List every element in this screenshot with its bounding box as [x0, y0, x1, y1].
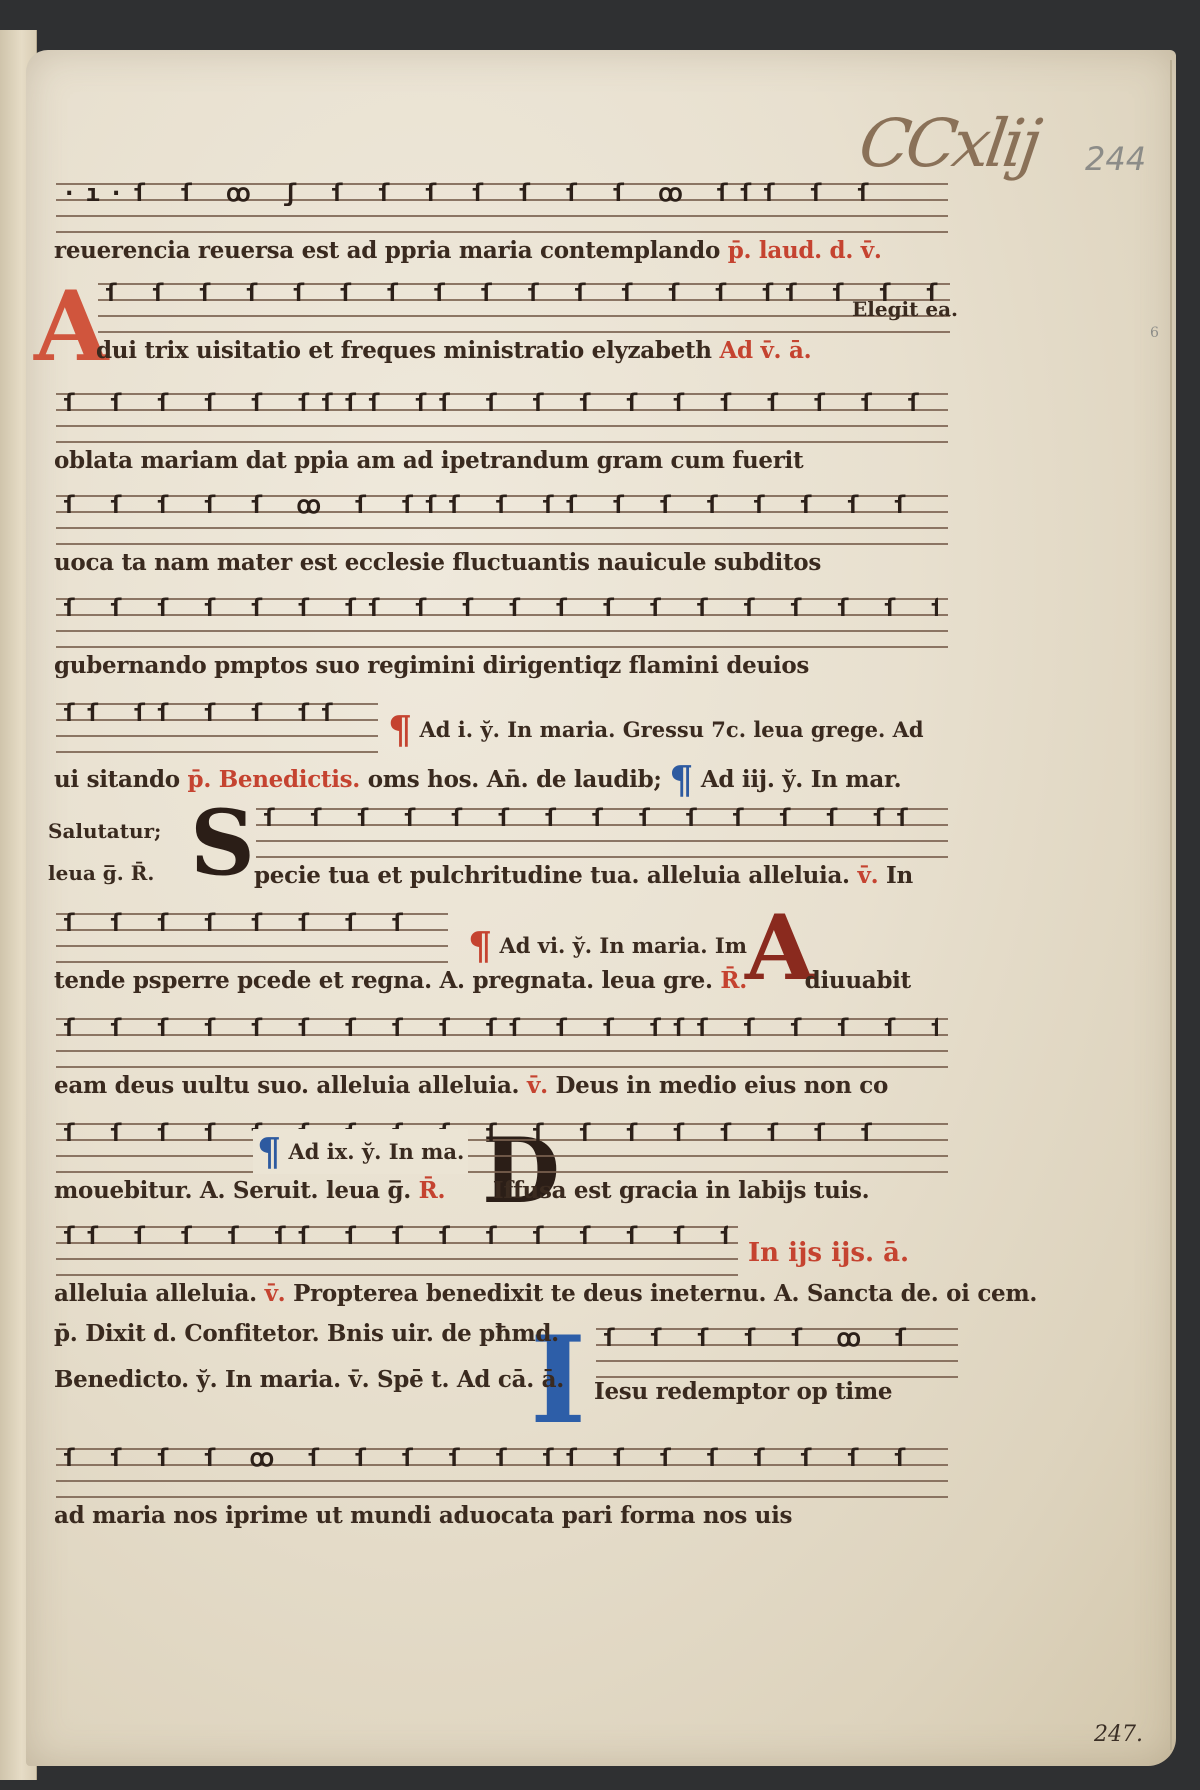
text-line: Iesu redemptor op time: [588, 1378, 958, 1416]
music-system-4: ſ ſ ſ ſ ſ ꝏ ſ ſſſ ſ ſſ ſ ſ ſ ſ ſ ſ ſ ſ ſ…: [48, 487, 948, 587]
cue-text: Ad i. y̆. In maria. Gressu 7c. leua greg…: [420, 717, 924, 742]
lyric-text: oms hos. An̄. de laudib;: [368, 766, 662, 793]
rubric-cue-red: ¶ Ad vi. y̆. In maria. Im: [468, 923, 747, 968]
staff: ſ ſ ſ ſ ſ ſ ſſ ſ ſ ſ ſ ſ ſ ſ ſ ſ ſ ſ ſ ſ…: [48, 590, 948, 652]
music-system-2: ſ ſ ſ ſ ſ ſ ſ ſ ſ ſ ſ ſ ſ ſ ſſ ſ ſ ſ ſ ſ…: [90, 275, 950, 375]
lyric-text: p̄. Dixit d. Confitetor. Bnis uir. de pħ…: [54, 1320, 559, 1347]
text-line: tende psperre pcede et regna. A. pregnat…: [48, 967, 948, 1005]
neumes: ſ ſ ſ ſ ſ ꝏ ſ ſſſ ſ ſſ ſ ſ ſ ſ ſ ſ ſ ſ ſ: [62, 491, 938, 519]
page-fore-edge: [1170, 60, 1172, 1750]
lyric-text: diuuabit: [805, 967, 911, 994]
staff: ſ ſ ſ ſ ſ ſſſſ ſſ ſ ſ ſ ſ ſ ſ ſ ſ ſ ſ ſ: [48, 385, 948, 447]
music-system-9: ſ ſ ſ ſ ſ ſ ſ ſ ſ ſſ ſ ſ ſſſ ſ ſ ſ ſ ſ ſ…: [48, 1010, 948, 1110]
lyric-text: eam deus uultu suo. alleluia alleluia.: [54, 1072, 519, 1099]
music-system-1: ·ı·ſ ſ ꝏ ʃ ſ ſ ſ ſ ſ ſ ſ ꝏ ſſſ ſ ſ reuer…: [48, 175, 948, 275]
neumes: ſ ſ ſ ſ ſ ſ ſ ſ ſ ſ ſ: [62, 909, 438, 937]
music-system-8: ſ ſ ſ ſ ſ ſ ſ ſ ſ ſ ſ ¶ Ad vi. y̆. In ma…: [48, 905, 948, 1005]
text-line: gubernando pmptos suo regimini dirigenti…: [48, 652, 948, 690]
neumes: ſſ ſ ſ ſ ſſ ſ ſ ſ ſ ſ ſ ſ ſ ſ ſ ſ ſ ſ ſ …: [62, 1222, 728, 1250]
rubric-cue-blue: ¶ Ad ix. y̆. In ma.: [253, 1129, 468, 1174]
pilcrow-red-icon: ¶: [388, 707, 412, 752]
neumes: ſ ſ ſ ſ ſ ſ ſ ſ ſ ſ ſ ſ ſ ſſ ſ ſ ſ ſ ſ ſ…: [262, 804, 938, 832]
music-system-6: ſſ ſſ ſ ſ ſſ ſ ſ ſ ¶ Ad i. y̆. In maria.…: [48, 695, 948, 795]
rubric-block: p̄. Dixit d. Confitetor. Bnis uir. de pħ…: [48, 1320, 948, 1404]
text-line: dui trix uisitatio et freques ministrati…: [90, 337, 950, 375]
music-system-3: ſ ſ ſ ſ ſ ſſſſ ſſ ſ ſ ſ ſ ſ ſ ſ ſ ſ ſ ſ …: [48, 385, 948, 485]
lyric-text: tende psperre pcede et regna. A. pregnat…: [54, 967, 713, 994]
pencil-folio-number: 244: [1085, 140, 1146, 178]
pilcrow-blue-icon: ¶: [257, 1129, 281, 1174]
folio-number-roman: CCxlij: [855, 105, 1043, 182]
neumes: ſ ſ ſ ſ ſ ſſſſ ſſ ſ ſ ſ ſ ſ ſ ſ ſ ſ ſ ſ: [62, 389, 938, 417]
neumes: ſ ſ ſ ſ ſ ꝏ ſ: [602, 1324, 948, 1352]
staff: ſ ſ ſ ſ ſ ꝏ ſ: [588, 1320, 958, 1382]
text-line: reuerencia reuersa est ad ppria maria co…: [48, 237, 948, 275]
music-system-11: ſſ ſ ſ ſ ſſ ſ ſ ſ ſ ſ ſ ſ ſ ſ ſ ſ ſ ſ ſ …: [48, 1218, 948, 1318]
text-line: pecie tua et pulchritudine tua. alleluia…: [248, 862, 948, 900]
cue-text: Ad vi. y̆. In maria. Im: [500, 933, 747, 958]
rubric: R̄.: [419, 1177, 446, 1204]
neumes: ſ ſ ſ ſ ſ ſ ſ ſ ſ ſſ ſ ſ ſſſ ſ ſ ſ ſ ſ ſ…: [62, 1014, 938, 1042]
staff: ſſ ſſ ſ ſ ſſ ſ ſ ſ: [48, 695, 378, 757]
lyric-text: reuerencia reuersa est ad ppria maria co…: [54, 237, 720, 264]
neumes: ſ ſ ſ ſ ꝏ ſ ſ ſ ſ ſ ſſ ſ ſ ſ ſ ſ ſ ſ ſ: [62, 1444, 938, 1472]
margin-rubric: Salutatur; leua g̅. R̄.: [48, 810, 188, 894]
staff: ·ı·ſ ſ ꝏ ʃ ſ ſ ſ ſ ſ ſ ſ ꝏ ſſſ ſ ſ: [48, 175, 948, 237]
neumes: ſſ ſſ ſ ſ ſſ ſ ſ ſ: [62, 699, 368, 727]
lyric-text: gubernando pmptos suo regimini dirigenti…: [54, 652, 809, 679]
cue-text: Ad iij. y̆. In mar.: [701, 766, 901, 793]
neumes: ſ ſ ſ ſ ſ ſ ſ ſ ſ ſ ſ ſ ſ ſ ſſ ſ ſ ſ ſ ſ: [104, 279, 940, 307]
neumes: ſ ſ ſ ſ ſ ſ ſ ſ ſ ſ ſ ſ ſ ſ ſ ſ ſ ſ: [62, 1119, 938, 1147]
staff: ſ ſ ſ ſ ſ ſ ſ ſ ſ ſ ſ ſ ſ ſ ſſ ſ ſ ſ ſ ſ…: [90, 275, 950, 337]
text-line: ad maria nos iprime ut mundi aduocata pa…: [48, 1502, 948, 1540]
lyric-text: ui sitando: [54, 766, 180, 793]
rubric: v̄.: [858, 862, 879, 889]
rubric: v̄.: [265, 1280, 286, 1307]
stamp-page-number: 247.: [1094, 1722, 1143, 1747]
lyric-text: oblata mariam dat ppia am ad ipetrandum …: [54, 447, 803, 474]
music-system-10: ſ ſ ſ ſ ſ ſ ſ ſ ſ ſ ſ ſ ſ ſ ſ ſ ſ ſ ¶ Ad…: [48, 1115, 948, 1215]
rubric: Ad v̄. ā.: [719, 337, 811, 364]
rubric-in-ijs: In ijs ijs. ā.: [748, 1238, 909, 1268]
lyric-text: Deus in medio eius non co: [556, 1072, 889, 1099]
staff: ſſ ſ ſ ſ ſſ ſ ſ ſ ſ ſ ſ ſ ſ ſ ſ ſ ſ ſ ſ …: [48, 1218, 738, 1280]
pilcrow-red-icon: ¶: [468, 923, 492, 968]
rubric: p̄. laud. d. v̄.: [728, 237, 882, 264]
text-line: ui sitando p̄. Benedictis. oms hos. An̄.…: [48, 757, 948, 795]
text-line: alleluia alleluia. v̄. Propterea benedix…: [48, 1280, 948, 1318]
staff: ſ ſ ſ ſ ſ ſ ſ ſ ſ ſ ſ: [48, 905, 448, 967]
lyric-text: Propterea benedixit te deus ineternu. A.…: [293, 1280, 1037, 1307]
rubric: v̄.: [527, 1072, 548, 1099]
lyric-text: dui trix uisitatio et freques ministrati…: [96, 337, 712, 364]
neumes: ſ ſ ſ ſ ſ ſ ſſ ſ ſ ſ ſ ſ ſ ſ ſ ſ ſ ſ ſ ſ…: [62, 594, 938, 622]
lyric-text: mouebitur. A. Seruit. leua g̅.: [54, 1177, 411, 1204]
lyric-text: Iffusa est gracia in labijs tuis.: [493, 1177, 869, 1204]
staff: ſ ſ ſ ſ ſ ſ ſ ſ ſ ſ ſ ſ ſ ſ ſ ſ ſ ſ: [48, 1115, 948, 1177]
staff: ſ ſ ſ ſ ſ ſ ſ ſ ſ ſ ſ ſ ſ ſſ ſ ſ ſ ſ ſ ſ…: [248, 800, 948, 862]
rubric: p̄. Benedictis.: [188, 766, 360, 793]
music-system-5: ſ ſ ſ ſ ſ ſ ſſ ſ ſ ſ ſ ſ ſ ſ ſ ſ ſ ſ ſ ſ…: [48, 590, 948, 690]
staff: ſ ſ ſ ſ ſ ꝏ ſ ſſſ ſ ſſ ſ ſ ſ ſ ſ ſ ſ ſ ſ: [48, 487, 948, 549]
staff: ſ ſ ſ ſ ſ ſ ſ ſ ſ ſſ ſ ſ ſſſ ſ ſ ſ ſ ſ ſ…: [48, 1010, 948, 1072]
neumes: ·ı·ſ ſ ꝏ ʃ ſ ſ ſ ſ ſ ſ ſ ꝏ ſſſ ſ ſ: [62, 179, 938, 207]
hymn-staff-iesu: ſ ſ ſ ſ ſ ꝏ ſ Iesu redemptor op time: [588, 1320, 958, 1416]
text-line: uoca ta nam mater est ecclesie fluctuant…: [48, 549, 948, 587]
cue-text: Ad ix. y̆. In ma.: [289, 1139, 465, 1164]
rubric: R̄.: [720, 967, 747, 994]
lyric-text: In: [886, 862, 913, 889]
lyric-text: uoca ta nam mater est ecclesie fluctuant…: [54, 549, 821, 576]
text-line: mouebitur. A. Seruit. leua g̅. R̄. Iffus…: [48, 1177, 948, 1215]
lyric-text: ad maria nos iprime ut mundi aduocata pa…: [54, 1502, 792, 1529]
incipit-elegit: Elegit ea.: [852, 297, 958, 321]
music-system-7: Salutatur; leua g̅. R̄. ſ ſ ſ ſ ſ ſ ſ ſ …: [48, 800, 948, 900]
text-line: eam deus uultu suo. alleluia alleluia. v…: [48, 1072, 948, 1110]
rubric-cue-red: ¶ Ad i. y̆. In maria. Gressu 7c. leua gr…: [388, 707, 924, 752]
margin-mark: 6: [1150, 325, 1159, 341]
staff: ſ ſ ſ ſ ꝏ ſ ſ ſ ſ ſ ſſ ſ ſ ſ ſ ſ ſ ſ ſ: [48, 1440, 948, 1502]
lyric-text: Iesu redemptor op time: [594, 1378, 892, 1405]
text-line: oblata mariam dat ppia am ad ipetrandum …: [48, 447, 948, 485]
music-system-12: ſ ſ ſ ſ ꝏ ſ ſ ſ ſ ſ ſſ ſ ſ ſ ſ ſ ſ ſ ſ a…: [48, 1440, 948, 1540]
pilcrow-blue-icon: ¶: [669, 757, 693, 802]
lyric-text: alleluia alleluia.: [54, 1280, 257, 1307]
lyric-text: Benedicto. y̆. In maria. v̄. Spē t. Ad c…: [54, 1366, 564, 1393]
lyric-text: pecie tua et pulchritudine tua. alleluia…: [254, 862, 850, 889]
